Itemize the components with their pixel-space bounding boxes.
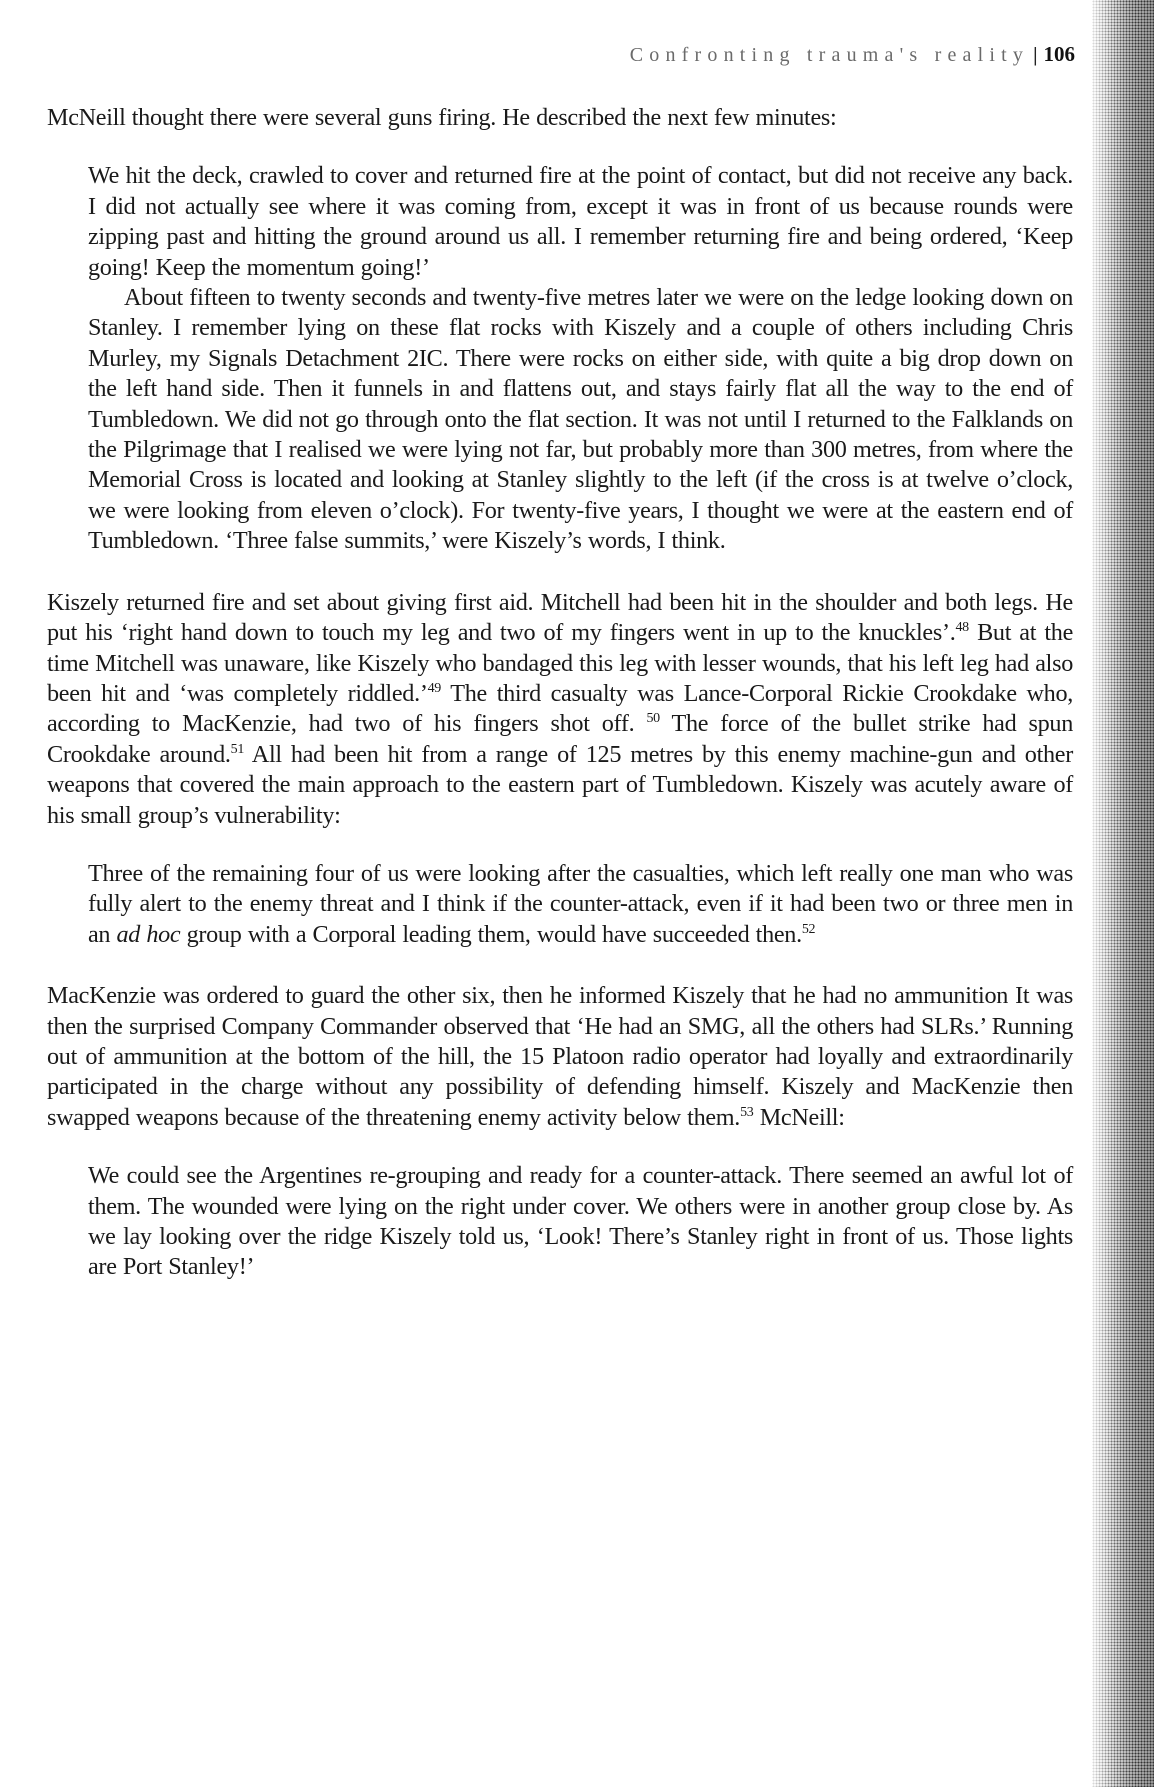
quote-paragraph: We could see the Argentines re-grouping … [88,1161,1073,1283]
footnote-ref-53[interactable]: 53 [740,1105,753,1120]
header-separator: | [1033,41,1037,69]
block-quote-mcneill-1: We hit the deck, crawled to cover and re… [47,161,1073,556]
paragraph-mackenzie: MacKenzie was ordered to guard the other… [47,981,1073,1133]
footnote-ref-51[interactable]: 51 [231,742,244,757]
book-page: Confronting trauma's reality|106 McNeill… [0,0,1154,1787]
paragraph-first-aid: Kiszely returned fire and set about givi… [47,588,1073,831]
italic-phrase: ad hoc [116,921,180,948]
block-quote-kiszely: Three of the remaining four of us were l… [47,859,1073,950]
text-segment: McNeill: [753,1104,844,1131]
text-segment: Kiszely returned fire and set about givi… [47,589,1073,646]
page-number: 106 [1044,42,1076,66]
paragraph-intro: McNeill thought there were several guns … [47,103,1073,133]
quote-paragraph: We hit the deck, crawled to cover and re… [88,161,1073,283]
page-gutter-texture [1092,0,1154,1787]
block-quote-mcneill-2: We could see the Argentines re-grouping … [47,1161,1073,1283]
footnote-ref-49[interactable]: 49 [428,681,441,696]
page-body: McNeill thought there were several guns … [47,103,1073,1283]
running-header: Confronting trauma's reality|106 [450,40,1075,69]
text-segment: group with a Corporal leading them, woul… [180,921,802,948]
footnote-ref-52[interactable]: 52 [802,922,815,937]
text-segment: MacKenzie was ordered to guard the other… [47,982,1073,1131]
quote-paragraph: Three of the remaining four of us were l… [88,859,1073,950]
footnote-ref-50[interactable]: 50 [646,711,659,726]
running-title: Confronting trauma's reality [630,44,1029,66]
footnote-ref-48[interactable]: 48 [955,620,968,635]
quote-paragraph: About fifteen to twenty seconds and twen… [88,283,1073,557]
